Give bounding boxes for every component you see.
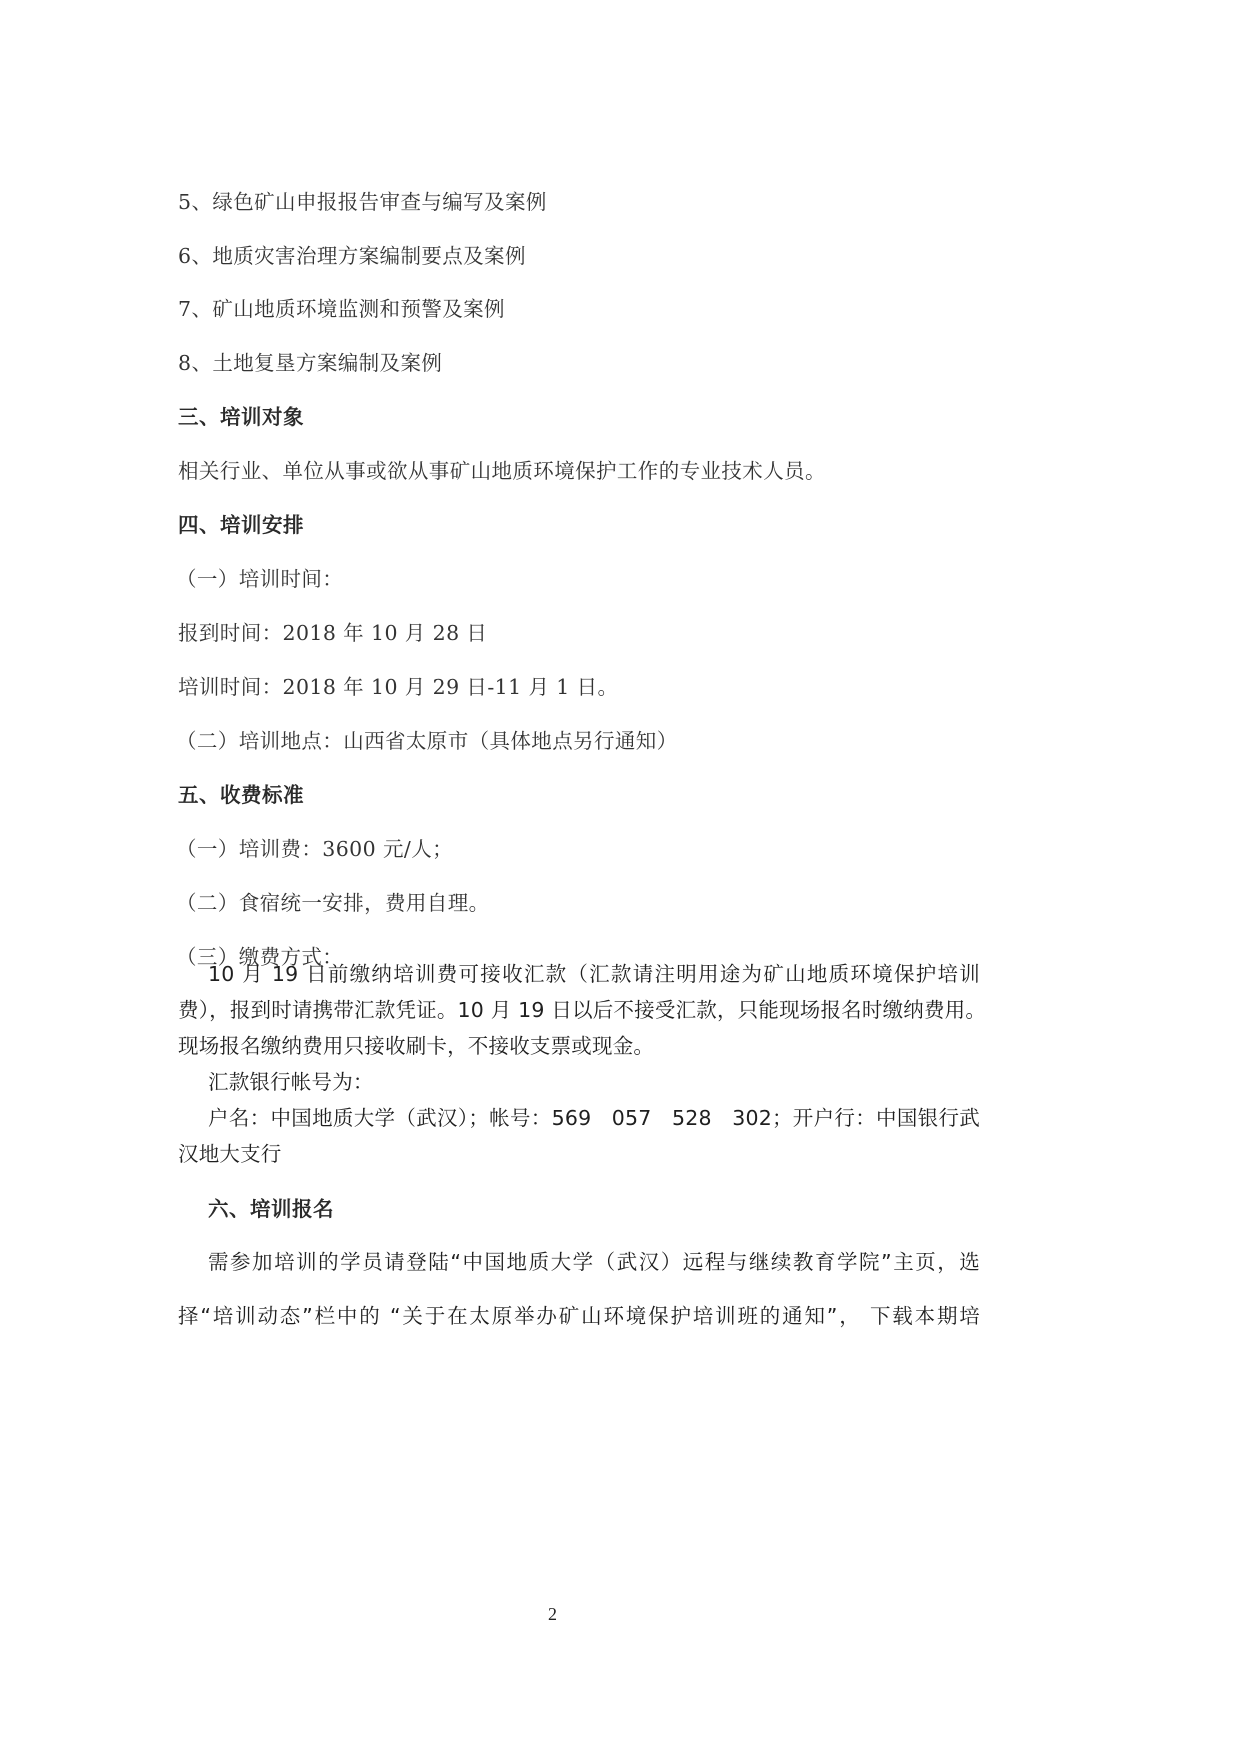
- report-time: 报到时间：2018 年 10 月 28 日: [178, 619, 487, 647]
- payment-paragraph-line-1: 10 月 19 日前缴纳培训费可接收汇款（汇款请注明用途为矿山地质环境保护培训: [208, 960, 980, 988]
- bank-account-label: 汇款银行帐号为：: [208, 1068, 374, 1096]
- document-page: 5、绿色矿山申报报告审查与编写及案例 6、地质灾害治理方案编制要点及案例 7、矿…: [0, 0, 1240, 1754]
- lodging-note: （二）食宿统一安排，费用自理。: [176, 889, 490, 917]
- course-item-5: 5、绿色矿山申报报告审查与编写及案例: [178, 188, 547, 216]
- bank-account-line-2: 汉地大支行: [178, 1140, 282, 1168]
- section-heading-target-audience: 三、培训对象: [178, 403, 304, 431]
- section-heading-fees: 五、收费标准: [178, 781, 304, 809]
- payment-paragraph-line-3: 现场报名缴纳费用只接收刷卡，不接收支票或现金。: [178, 1032, 654, 1060]
- section-heading-registration: 六、培训报名: [208, 1195, 334, 1223]
- target-audience-text: 相关行业、单位从事或欲从事矿山地质环境保护工作的专业技术人员。: [178, 457, 826, 485]
- course-item-8: 8、土地复垦方案编制及案例: [178, 349, 442, 377]
- page-number: 2: [548, 1604, 557, 1625]
- training-location: （二）培训地点：山西省太原市（具体地点另行通知）: [176, 727, 678, 755]
- payment-paragraph-line-2: 费），报到时请携带汇款凭证。10 月 19 日以后不接受汇款，只能现场报名时缴纳…: [178, 996, 980, 1024]
- registration-line-1: 需参加培训的学员请登陆“中国地质大学（武汉）远程与继续教育学院”主页，选: [208, 1248, 980, 1276]
- training-fee: （一）培训费：3600 元/人；: [176, 835, 453, 863]
- training-time-label: （一）培训时间：: [176, 565, 343, 593]
- training-time: 培训时间：2018 年 10 月 29 日-11 月 1 日。: [178, 673, 618, 701]
- course-item-7: 7、矿山地质环境监测和预警及案例: [178, 295, 505, 323]
- registration-line-2: 择“培训动态”栏中的 “关于在太原举办矿山环境保护培训班的通知”， 下载本期培: [178, 1302, 980, 1330]
- bank-account-line-1: 户名：中国地质大学（武汉）；帐号：569 057 528 302；开户行：中国银…: [208, 1104, 980, 1132]
- course-item-6: 6、地质灾害治理方案编制要点及案例: [178, 242, 526, 270]
- section-heading-arrangement: 四、培训安排: [178, 511, 304, 539]
